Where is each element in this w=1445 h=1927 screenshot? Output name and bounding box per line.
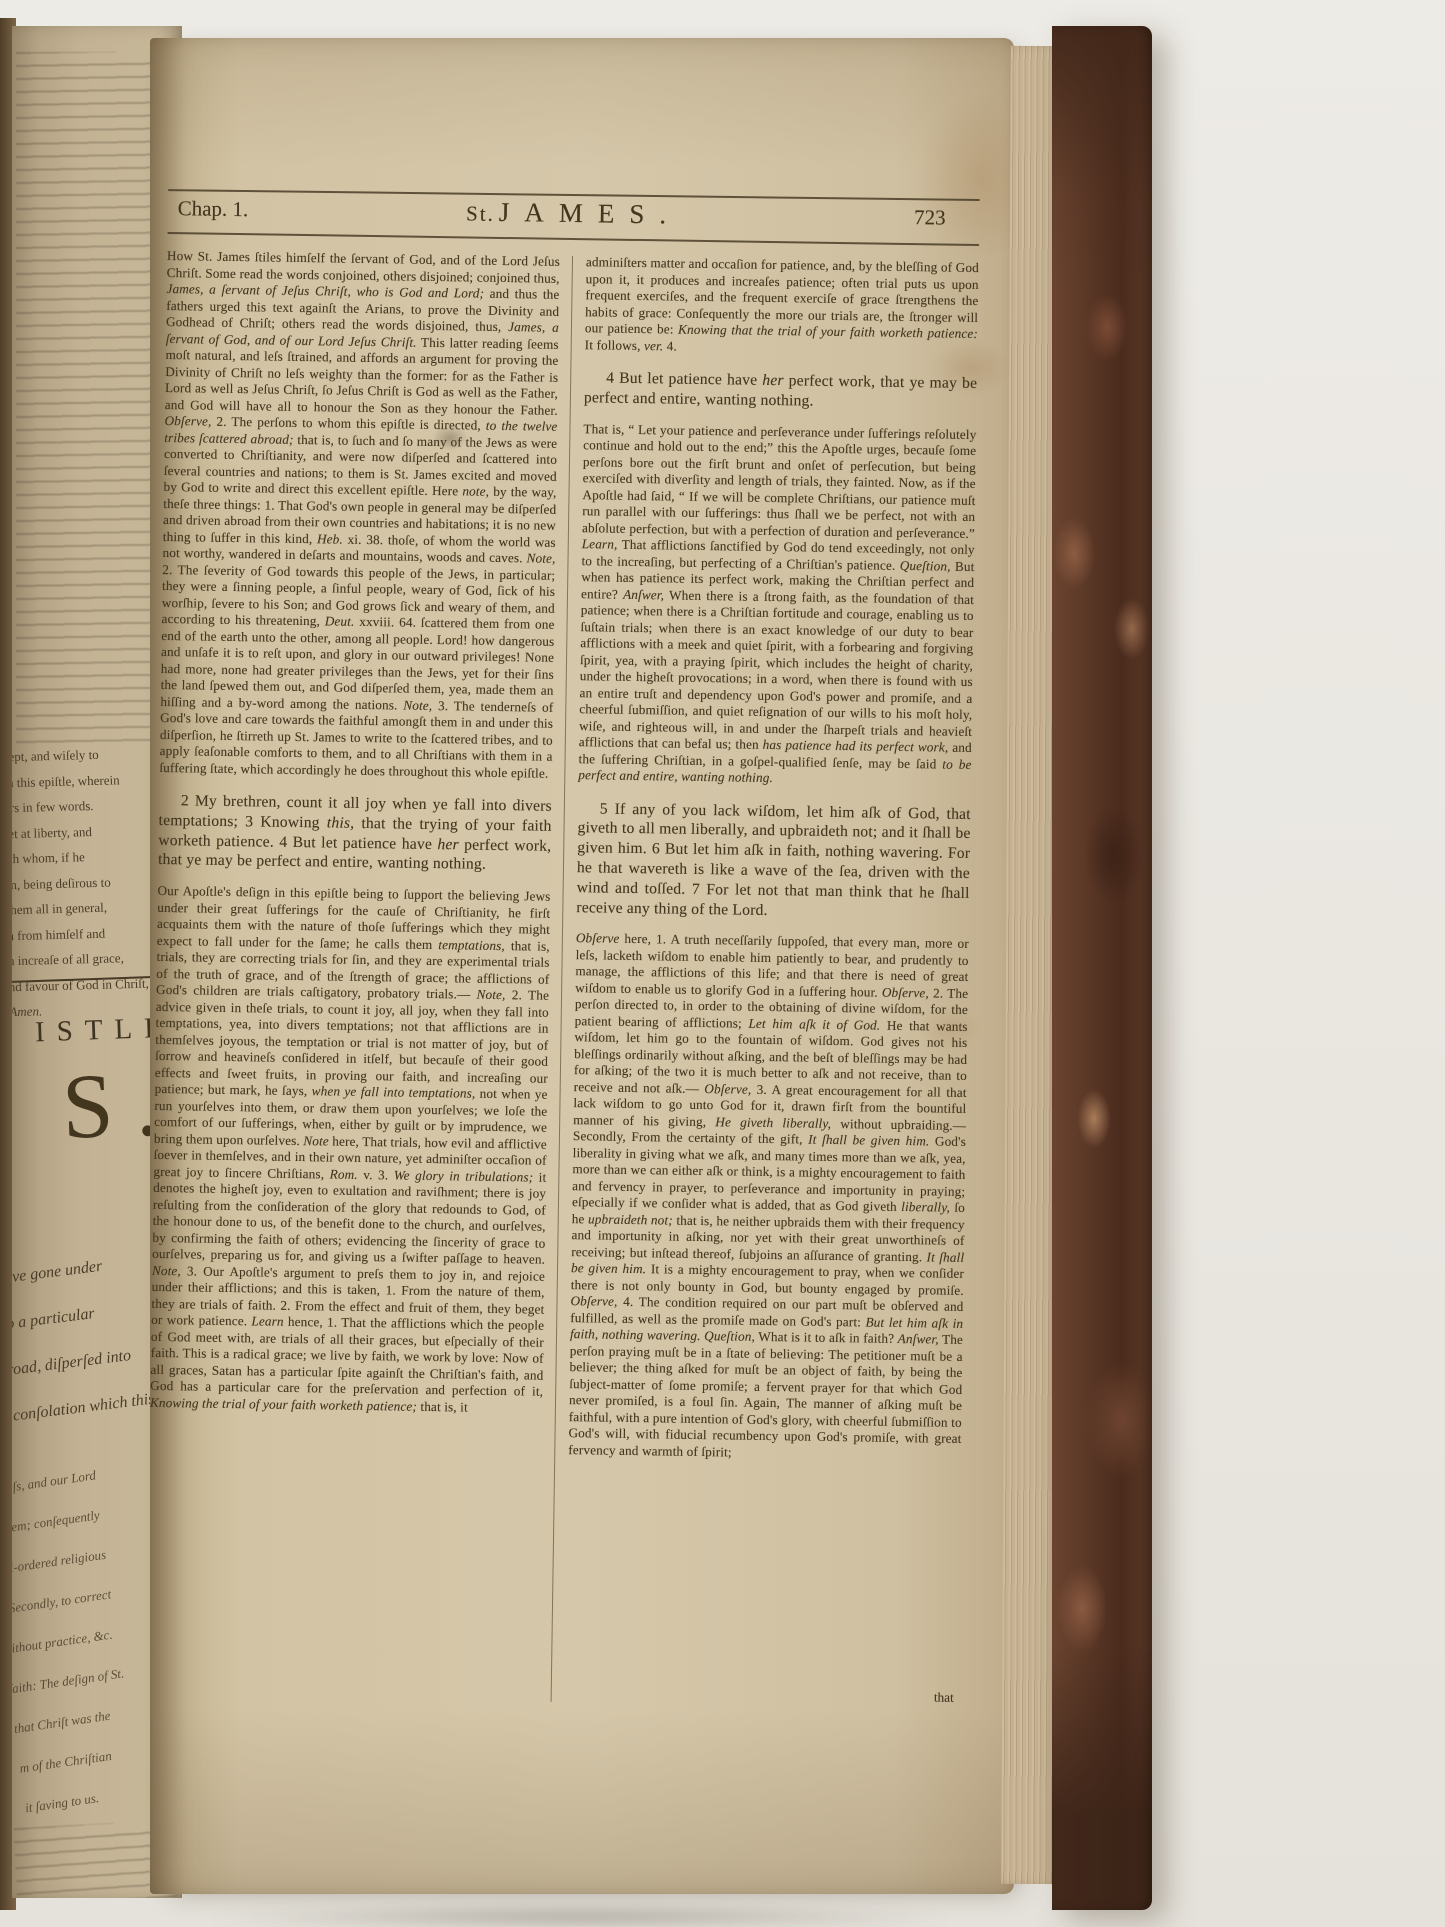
- page-content: Chap. 1. St. JAMES. 723 How St. James ſt…: [143, 188, 980, 1880]
- header-rule-bottom: [167, 232, 979, 246]
- book-title: St. JAMES.: [466, 196, 681, 230]
- verse-paragraph: 4 But let patience have her perfect work…: [584, 368, 978, 413]
- book-photograph: cept, and wiſely toin this epiſtle, wher…: [0, 0, 1445, 1927]
- right-column: adminiſters matter and occaſion for pati…: [565, 254, 979, 1712]
- catchword: that: [934, 1690, 954, 1706]
- verse-paragraph: 5 If any of you lack wiſdom, let him aſk…: [576, 799, 971, 924]
- verse-paragraph: 2 My brethren, count it all joy when ye …: [158, 791, 552, 876]
- commentary-paragraph: That is, “ Let your patience and perſeve…: [578, 421, 976, 790]
- commentary-paragraph: How St. James ſtiles himſelf the ſervant…: [159, 248, 560, 782]
- book-title-main: JAMES.: [499, 197, 682, 230]
- commentary-paragraph: Obſerve here, 1. A truth neceſſarily ſup…: [568, 931, 969, 1465]
- commentary-paragraph: Our Apoſtle's deſign in this epiſtle bei…: [150, 883, 551, 1417]
- running-header: Chap. 1. St. JAMES. 723: [167, 188, 980, 248]
- book-shadow: [40, 1897, 1120, 1923]
- book-title-prefix: St.: [466, 201, 495, 225]
- marbled-cover-edge: [1052, 26, 1152, 1910]
- left-column: How St. James ſtiles himſelf the ſervant…: [146, 248, 560, 1706]
- commentary-paragraph: adminiſters matter and occaſion for pati…: [585, 254, 979, 359]
- text-columns: How St. James ſtiles himſelf the ſervant…: [146, 248, 979, 1712]
- chapter-label: Chap. 1.: [178, 196, 249, 222]
- main-page: Chap. 1. St. JAMES. 723 How St. James ſt…: [150, 38, 1014, 1894]
- page-number: 723: [914, 205, 946, 230]
